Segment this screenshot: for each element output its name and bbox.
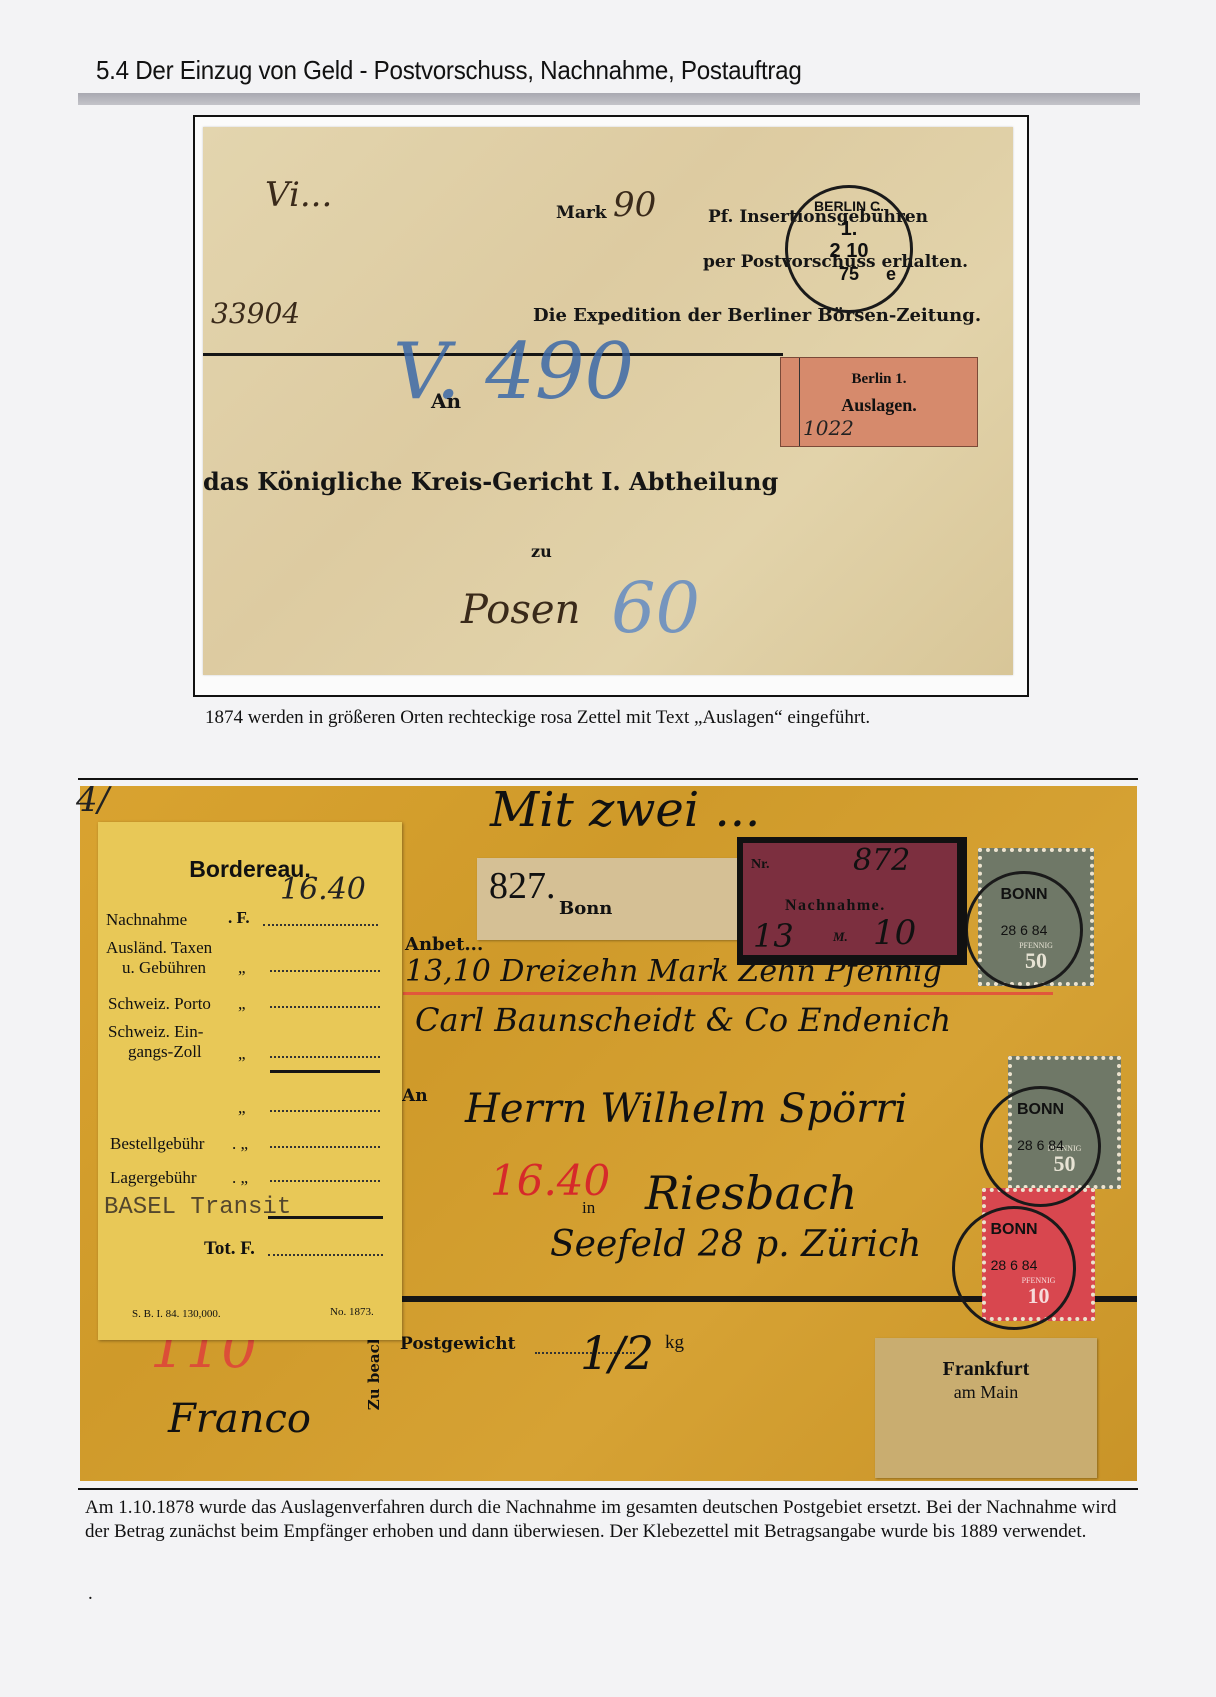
recipient-handwritten: Herrn Wilhelm Spörri	[465, 1086, 907, 1132]
nachnahme-label: Nr. 872 Nachnahme. 13 M. 10	[737, 837, 967, 965]
title-underline-bar	[78, 93, 1140, 105]
page-title: 5.4 Der Einzug von Geld - Postvorschuss,…	[96, 55, 802, 86]
mark-amount-handwritten: 90	[613, 185, 656, 225]
bonn-postmark-1: BONN 28 6 84	[965, 871, 1083, 989]
bordereau-amount-handwritten: 16.40	[280, 872, 366, 907]
bordereau-footer-left: S. B. I. 84. 130,000.	[132, 1308, 221, 1320]
blue-crayon-bottom: 60	[611, 567, 700, 649]
zu-label: zu	[531, 542, 552, 561]
an-label: An	[431, 389, 461, 413]
text-line-3: Die Expedition der Berliner Börsen-Zeitu…	[533, 305, 981, 326]
total-label: Tot. F.	[204, 1238, 255, 1260]
item1-caption: 1874 werden in größeren Orten rechteckig…	[205, 706, 1005, 730]
corner-handwritten: 4/	[76, 780, 109, 820]
reference-number-handwritten: 33904	[211, 297, 300, 330]
addressee-line: das Königliche Kreis-Gericht I. Abtheilu…	[203, 467, 778, 496]
section-separator-2	[78, 1488, 1138, 1490]
street-handwritten: Seefeld 28 p. Zürich	[550, 1224, 921, 1265]
berlin-postmark: BERLIN C. 1. 2 10 75 e	[785, 185, 913, 313]
trailing-mark: .	[88, 1582, 93, 1606]
an-label: An	[402, 1086, 428, 1106]
postgewicht-label: Postgewicht	[400, 1334, 515, 1354]
frankfurt-label: Frankfurt am Main	[875, 1338, 1097, 1478]
auslagen-label: Berlin 1. Auslagen. 1022	[780, 357, 978, 447]
item2-caption: Am 1.10.1878 wurde das Auslagenverfahren…	[85, 1496, 1140, 1544]
handwritten-top: Vi...	[265, 175, 332, 215]
registration-number: 827.	[489, 864, 556, 908]
in-label: in	[582, 1198, 595, 1218]
weight-handwritten: 1/2	[580, 1326, 654, 1380]
blue-crayon-number: V. 490	[393, 327, 634, 417]
mark-label: Mark	[556, 203, 607, 223]
bonn-registration-label: 827. Bonn	[477, 858, 742, 940]
bonn-postmark-3: BONN 28 6 84	[952, 1206, 1076, 1330]
section-separator-1	[78, 778, 1138, 780]
top-handwritten: Mit zwei ...	[490, 782, 760, 838]
destination-handwritten: Posen	[461, 587, 580, 633]
registration-city: Bonn	[559, 898, 612, 919]
franco-handwritten: Franco	[168, 1396, 311, 1442]
bonn-postmark-2: BONN 28 6 84	[980, 1086, 1101, 1207]
kg-label: kg	[665, 1332, 684, 1354]
bordereau-footer-right: No. 1873.	[330, 1306, 374, 1318]
basel-transit-stamp: BASEL Transit	[104, 1194, 291, 1221]
red-underline	[403, 992, 1053, 995]
sender-handwritten: Carl Baunscheidt & Co Endenich	[415, 1001, 951, 1039]
city-handwritten: Riesbach	[645, 1166, 857, 1220]
betrag-prefix: Anbet...	[405, 934, 483, 955]
bordereau-slip: Bordereau. 16.40 Nachnahme . F. Ausländ.…	[98, 822, 402, 1340]
